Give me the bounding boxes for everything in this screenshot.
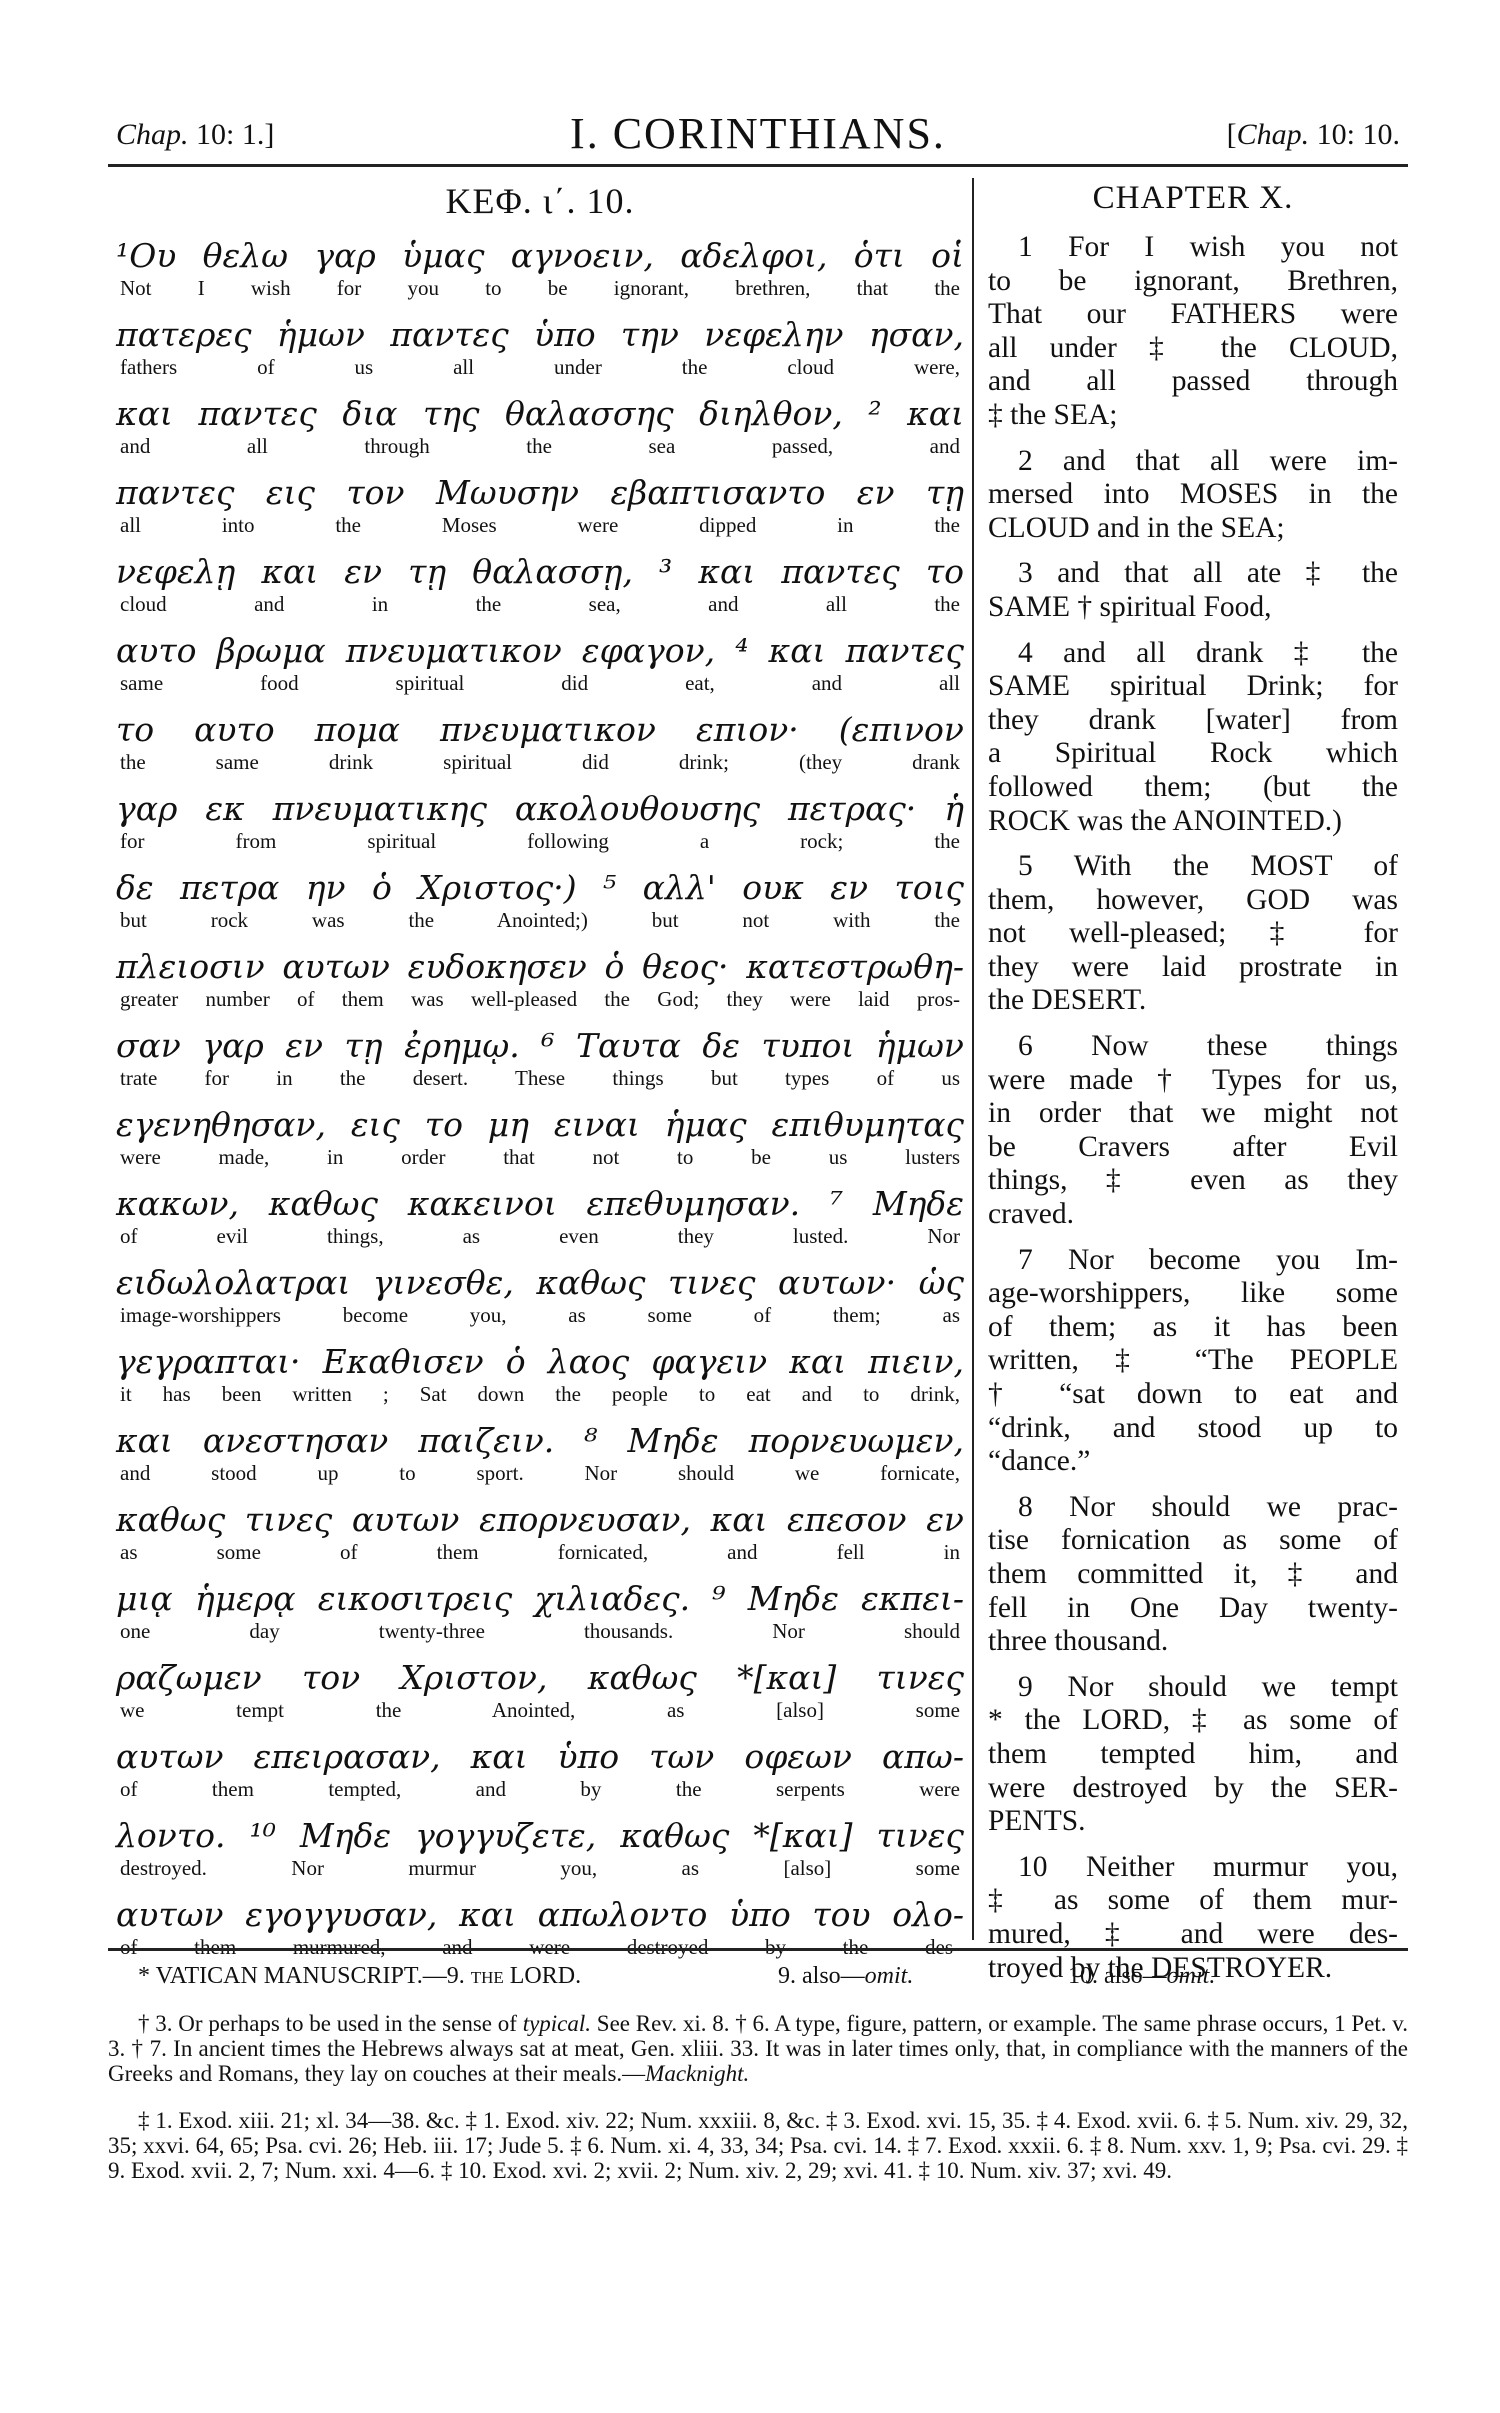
greek-line: γεγραπται· Εκαθισεν ὁ λαος φαγειν και πι…: [116, 1342, 964, 1382]
english-gloss-line: were made, in order that not to be us lu…: [116, 1145, 964, 1169]
english-gloss-line: Not I wish for you to be ignorant, breth…: [116, 276, 964, 300]
english-gloss-line: and all through the sea passed, and: [116, 434, 964, 458]
verse-line: 9 Nor should we tempt: [988, 1671, 1398, 1705]
verse-line: in order that we might not: [988, 1097, 1398, 1131]
interlinear-pair: λοντο. ¹⁰ Μηδε γογγυζετε, καθως *[και] τ…: [116, 1816, 964, 1880]
verse-3: 3 and that all ate ‡ theSAME † spiritual…: [988, 557, 1398, 624]
column-divider: [972, 178, 974, 1940]
verse-line: they drank [water] from: [988, 704, 1398, 738]
verse-line: mersed into MOSES in the: [988, 478, 1398, 512]
greek-line: καθως τινες αυτων επορνευσαν, και επεσον…: [116, 1500, 964, 1540]
verse-line: be Cravers after Evil: [988, 1131, 1398, 1165]
verse-6: 6 Now these thingswere made † Types for …: [988, 1030, 1398, 1232]
english-gloss-line: it has been written ; Sat down the peopl…: [116, 1382, 964, 1406]
verse-line: “drink, and stood up to: [988, 1412, 1398, 1446]
greek-line: ειδωλολατραι γινεσθε, καθως τινες αυτων·…: [116, 1263, 964, 1303]
footnote-rule: [108, 1948, 1408, 1951]
chap-label: Chap.: [1237, 118, 1310, 151]
english-gloss-line: greater number of them was well-pleased …: [116, 987, 964, 1011]
verse-line: written, ‡ “The PEOPLE: [988, 1344, 1398, 1378]
note-omit: omit.: [1167, 1963, 1216, 1989]
verse-line: 7 Nor become you Im-: [988, 1244, 1398, 1278]
verse-line: 5 With the MOST of: [988, 850, 1398, 884]
verse-line: they were laid prostrate in: [988, 951, 1398, 985]
verse-line: not well-pleased; ‡ for: [988, 917, 1398, 951]
note-ref: 9. also—: [778, 1964, 865, 1989]
interlinear-lines: ¹Ου θελω γαρ ὑμας αγνοειν, αδελφοι, ὁτι …: [116, 236, 964, 1959]
greek-line: αυτο βρωμα πνευματικον εφαγον, ⁴ και παν…: [116, 631, 964, 671]
verse-line: ‡ as some of them mur-: [988, 1884, 1398, 1918]
verse-line: were destroyed by the SER-: [988, 1772, 1398, 1806]
note-omit: omit.: [865, 1963, 914, 1989]
verse-line: followed them; (but the: [988, 771, 1398, 805]
greek-line: πατερες ἡμων παντες ὑπο την νεφελην ησαν…: [116, 315, 964, 355]
interlinear-pair: παντες εις τον Μωυσην εβαπτισαντο εν τῃa…: [116, 473, 964, 537]
vatican-manuscript-note: * VATICAN MANUSCRIPT.—9. the LORD. 9. al…: [138, 1964, 1408, 1989]
dagger-note-text: † 3. Or perhaps to be used in the sense …: [138, 2011, 523, 2036]
verse-list: 1 For I wish you notto be ignorant, Bret…: [988, 231, 1398, 1985]
verse-line: craved.: [988, 1198, 1398, 1232]
greek-line: νεφελῃ και εν τῃ θαλασσῃ, ³ και παντες τ…: [116, 552, 964, 592]
interlinear-pair: καθως τινες αυτων επορνευσαν, και επεσον…: [116, 1500, 964, 1564]
verse-line: PENTS.: [988, 1805, 1398, 1839]
header-rule: [108, 164, 1408, 167]
english-gloss-line: and stood up to sport. Nor should we for…: [116, 1461, 964, 1485]
verse-line: of them; as it has been: [988, 1311, 1398, 1345]
greek-chapter-title: ΚΕΦ. ι΄. 10.: [116, 180, 964, 222]
vatican-note-lead: * VATICAN MANUSCRIPT.—9. the LORD.: [138, 1964, 778, 1989]
verse-line: 1 For I wish you not: [988, 231, 1398, 265]
verse-line: tise fornication as some of: [988, 1524, 1398, 1558]
verse-line: things, ‡ even as they: [988, 1164, 1398, 1198]
interlinear-pair: γεγραπται· Εκαθισεν ὁ λαος φαγειν και πι…: [116, 1342, 964, 1406]
english-gloss-line: trate for in the desert. These things bu…: [116, 1066, 964, 1090]
verse-line: the DESERT.: [988, 984, 1398, 1018]
english-gloss-line: of them tempted, and by the serpents wer…: [116, 1777, 964, 1801]
english-gloss-line: as some of them fornicated, and fell in: [116, 1540, 964, 1564]
interlinear-pair: πατερες ἡμων παντες ὑπο την νεφελην ησαν…: [116, 315, 964, 379]
greek-interlinear-column: ΚΕΦ. ι΄. 10. ¹Ου θελω γαρ ὑμας αγνοειν, …: [116, 180, 964, 1974]
greek-line: αυτων εγογγυσαν, και απωλοντο ὑπο του ολ…: [116, 1895, 964, 1935]
greek-line: εγενηθησαν, εις το μη ειναι ἡμας επιθυμη…: [116, 1105, 964, 1145]
english-gloss-line: image-worshippers become you, as some of…: [116, 1303, 964, 1327]
verse-line: fell in One Day twenty-: [988, 1592, 1398, 1626]
chap-ref-end: 10: 10.: [1317, 118, 1400, 151]
interlinear-pair: αυτων επειρασαν, και ὑπο των οφεων απω-o…: [116, 1737, 964, 1801]
greek-line: λοντο. ¹⁰ Μηδε γογγυζετε, καθως *[και] τ…: [116, 1816, 964, 1856]
interlinear-pair: και ανεστησαν παιζειν. ⁸ Μηδε πορνευωμεν…: [116, 1421, 964, 1485]
greek-line: δε πετρα ην ὁ Χριστος·) ⁵ αλλ' ουκ εν το…: [116, 868, 964, 908]
english-gloss-line: of them murmured, and were destroyed by …: [116, 1935, 964, 1959]
greek-line: παντες εις τον Μωυσην εβαπτισαντο εν τῃ: [116, 473, 964, 513]
verse-line: them committed it, ‡ and: [988, 1558, 1398, 1592]
verse-line: ROCK was the ANOINTED.): [988, 805, 1398, 839]
verse-7: 7 Nor become you Im-age-worshippers, lik…: [988, 1244, 1398, 1479]
greek-line: ραζωμεν τον Χριστον, καθως *[και] τινες: [116, 1658, 964, 1698]
verse-line: 3 and that all ate ‡ the: [988, 557, 1398, 591]
verse-line: 2 and that all were im-: [988, 445, 1398, 479]
dagger-note-author: Macknight.: [645, 2061, 749, 2086]
english-gloss-line: the same drink spiritual did drink; (the…: [116, 750, 964, 774]
verse-line: three thousand.: [988, 1625, 1398, 1659]
vatican-note-9: 9. also—omit.: [778, 1964, 1068, 1989]
english-translation-column: CHAPTER X. 1 For I wish you notto be ign…: [988, 180, 1398, 1997]
verse-line: all under ‡ the CLOUD,: [988, 332, 1398, 366]
verse-1: 1 For I wish you notto be ignorant, Bret…: [988, 231, 1398, 433]
verse-line: † “sat down to eat and: [988, 1378, 1398, 1412]
english-gloss-line: all into the Moses were dipped in the: [116, 513, 964, 537]
running-head: Chap. 10: 1.] I. CORINTHIANS. [Chap. 10:…: [108, 100, 1408, 170]
verse-line: were made † Types for us,: [988, 1064, 1398, 1098]
interlinear-pair: το αυτο πομα πνευματικον επιον· (επινονt…: [116, 710, 964, 774]
interlinear-pair: ειδωλολατραι γινεσθε, καθως τινες αυτων·…: [116, 1263, 964, 1327]
greek-line: ¹Ου θελω γαρ ὑμας αγνοειν, αδελφοι, ὁτι …: [116, 236, 964, 276]
dagger-note-emphasis: typical.: [523, 2011, 591, 2036]
verse-line: 8 Nor should we prac-: [988, 1491, 1398, 1525]
english-gloss-line: we tempt the Anointed, as [also] some: [116, 1698, 964, 1722]
verse-line: 6 Now these things: [988, 1030, 1398, 1064]
greek-line: γαρ εκ πνευματικης ακολουθουσης πετρας· …: [116, 789, 964, 829]
interlinear-pair: κακων, καθως κακεινοι επεθυμησαν. ⁷ Μηδε…: [116, 1184, 964, 1248]
greek-line: το αυτο πομα πνευματικον επιον· (επινον: [116, 710, 964, 750]
verse-line: them, however, GOD was: [988, 884, 1398, 918]
verse-5: 5 With the MOST ofthem, however, GOD was…: [988, 850, 1398, 1018]
note-ref: 10. also—: [1068, 1964, 1167, 1989]
english-gloss-line: destroyed. Nor murmur you, as [also] som…: [116, 1856, 964, 1880]
verse-8: 8 Nor should we prac-tise fornication as…: [988, 1491, 1398, 1659]
verse-line: mured, ‡ and were des-: [988, 1918, 1398, 1952]
verse-line: SAME † spiritual Food,: [988, 591, 1398, 625]
english-gloss-line: one day twenty-three thousands. Nor shou…: [116, 1619, 964, 1643]
verse-2: 2 and that all were im-mersed into MOSES…: [988, 445, 1398, 546]
book-title: I. CORINTHIANS.: [108, 108, 1408, 159]
interlinear-pair: δε πετρα ην ὁ Χριστος·) ⁵ αλλ' ουκ εν το…: [116, 868, 964, 932]
bracket: [: [1227, 118, 1237, 151]
english-chapter-title: CHAPTER X.: [988, 180, 1398, 217]
verse-line: ‡ the SEA;: [988, 399, 1398, 433]
english-gloss-line: same food spiritual did eat, and all: [116, 671, 964, 695]
greek-line: αυτων επειρασαν, και ὑπο των οφεων απω-: [116, 1737, 964, 1777]
verse-line: * the LORD, ‡ as some of: [988, 1704, 1398, 1738]
verse-line: to be ignorant, Brethren,: [988, 265, 1398, 299]
verse-line: age-worshippers, like some: [988, 1277, 1398, 1311]
interlinear-pair: αυτο βρωμα πνευματικον εφαγον, ⁴ και παν…: [116, 631, 964, 695]
interlinear-pair: πλειοσιν αυτων ευδοκησεν ὁ θεος· κατεστρ…: [116, 947, 964, 1011]
greek-line: πλειοσιν αυτων ευδοκησεν ὁ θεος· κατεστρ…: [116, 947, 964, 987]
greek-line: κακων, καθως κακεινοι επεθυμησαν. ⁷ Μηδε: [116, 1184, 964, 1224]
interlinear-pair: γαρ εκ πνευματικης ακολουθουσης πετρας· …: [116, 789, 964, 853]
verse-9: 9 Nor should we tempt* the LORD, ‡ as so…: [988, 1671, 1398, 1839]
english-gloss-line: fathers of us all under the cloud were,: [116, 355, 964, 379]
verse-line: 4 and all drank ‡ the: [988, 637, 1398, 671]
greek-line: μιᾳ ἡμερᾳ εικοσιτρεις χιλιαδες. ⁹ Μηδε ε…: [116, 1579, 964, 1619]
verse-line: “dance.”: [988, 1445, 1398, 1479]
book-page: Chap. 10: 1.] I. CORINTHIANS. [Chap. 10:…: [108, 100, 1408, 170]
verse-line: and all passed through: [988, 365, 1398, 399]
interlinear-pair: εγενηθησαν, εις το μη ειναι ἡμας επιθυμη…: [116, 1105, 964, 1169]
dagger-notes: † 3. Or perhaps to be used in the sense …: [108, 2011, 1408, 2086]
verse-line: them tempted him, and: [988, 1738, 1398, 1772]
verse-line: a Spiritual Rock which: [988, 737, 1398, 771]
verse-line: CLOUD and in the SEA;: [988, 512, 1398, 546]
running-head-right: [Chap. 10: 10.: [1227, 118, 1400, 152]
cross-references: ‡ 1. Exod. xiii. 21; xl. 34—38. &c. ‡ 1.…: [108, 2108, 1408, 2183]
greek-line: σαν γαρ εν τῃ ἐρημῳ. ⁶ Ταυτα δε τυποι ἡμ…: [116, 1026, 964, 1066]
verse-line: That our FATHERS were: [988, 298, 1398, 332]
verse-4: 4 and all drank ‡ theSAME spiritual Drin…: [988, 637, 1398, 839]
interlinear-pair: ραζωμεν τον Χριστον, καθως *[και] τινεςw…: [116, 1658, 964, 1722]
vatican-note-10: 10. also—omit.: [1068, 1964, 1215, 1989]
interlinear-pair: ¹Ου θελω γαρ ὑμας αγνοειν, αδελφοι, ὁτι …: [116, 236, 964, 300]
greek-line: και ανεστησαν παιζειν. ⁸ Μηδε πορνευωμεν…: [116, 1421, 964, 1461]
footnotes: * VATICAN MANUSCRIPT.—9. the LORD. 9. al…: [108, 1964, 1408, 2183]
interlinear-pair: νεφελῃ και εν τῃ θαλασσῃ, ³ και παντες τ…: [116, 552, 964, 616]
interlinear-pair: σαν γαρ εν τῃ ἐρημῳ. ⁶ Ταυτα δε τυποι ἡμ…: [116, 1026, 964, 1090]
verse-line: SAME spiritual Drink; for: [988, 670, 1398, 704]
english-gloss-line: of evil things, as even they lusted. Nor: [116, 1224, 964, 1248]
english-gloss-line: for from spiritual following a rock; the: [116, 829, 964, 853]
english-gloss-line: but rock was the Anointed;) but not with…: [116, 908, 964, 932]
interlinear-pair: μιᾳ ἡμερᾳ εικοσιτρεις χιλιαδες. ⁹ Μηδε ε…: [116, 1579, 964, 1643]
english-gloss-line: cloud and in the sea, and all the: [116, 592, 964, 616]
verse-line: 10 Neither murmur you,: [988, 1851, 1398, 1885]
interlinear-pair: και παντες δια της θαλασσης διηλθον, ² κ…: [116, 394, 964, 458]
greek-line: και παντες δια της θαλασσης διηλθον, ² κ…: [116, 394, 964, 434]
